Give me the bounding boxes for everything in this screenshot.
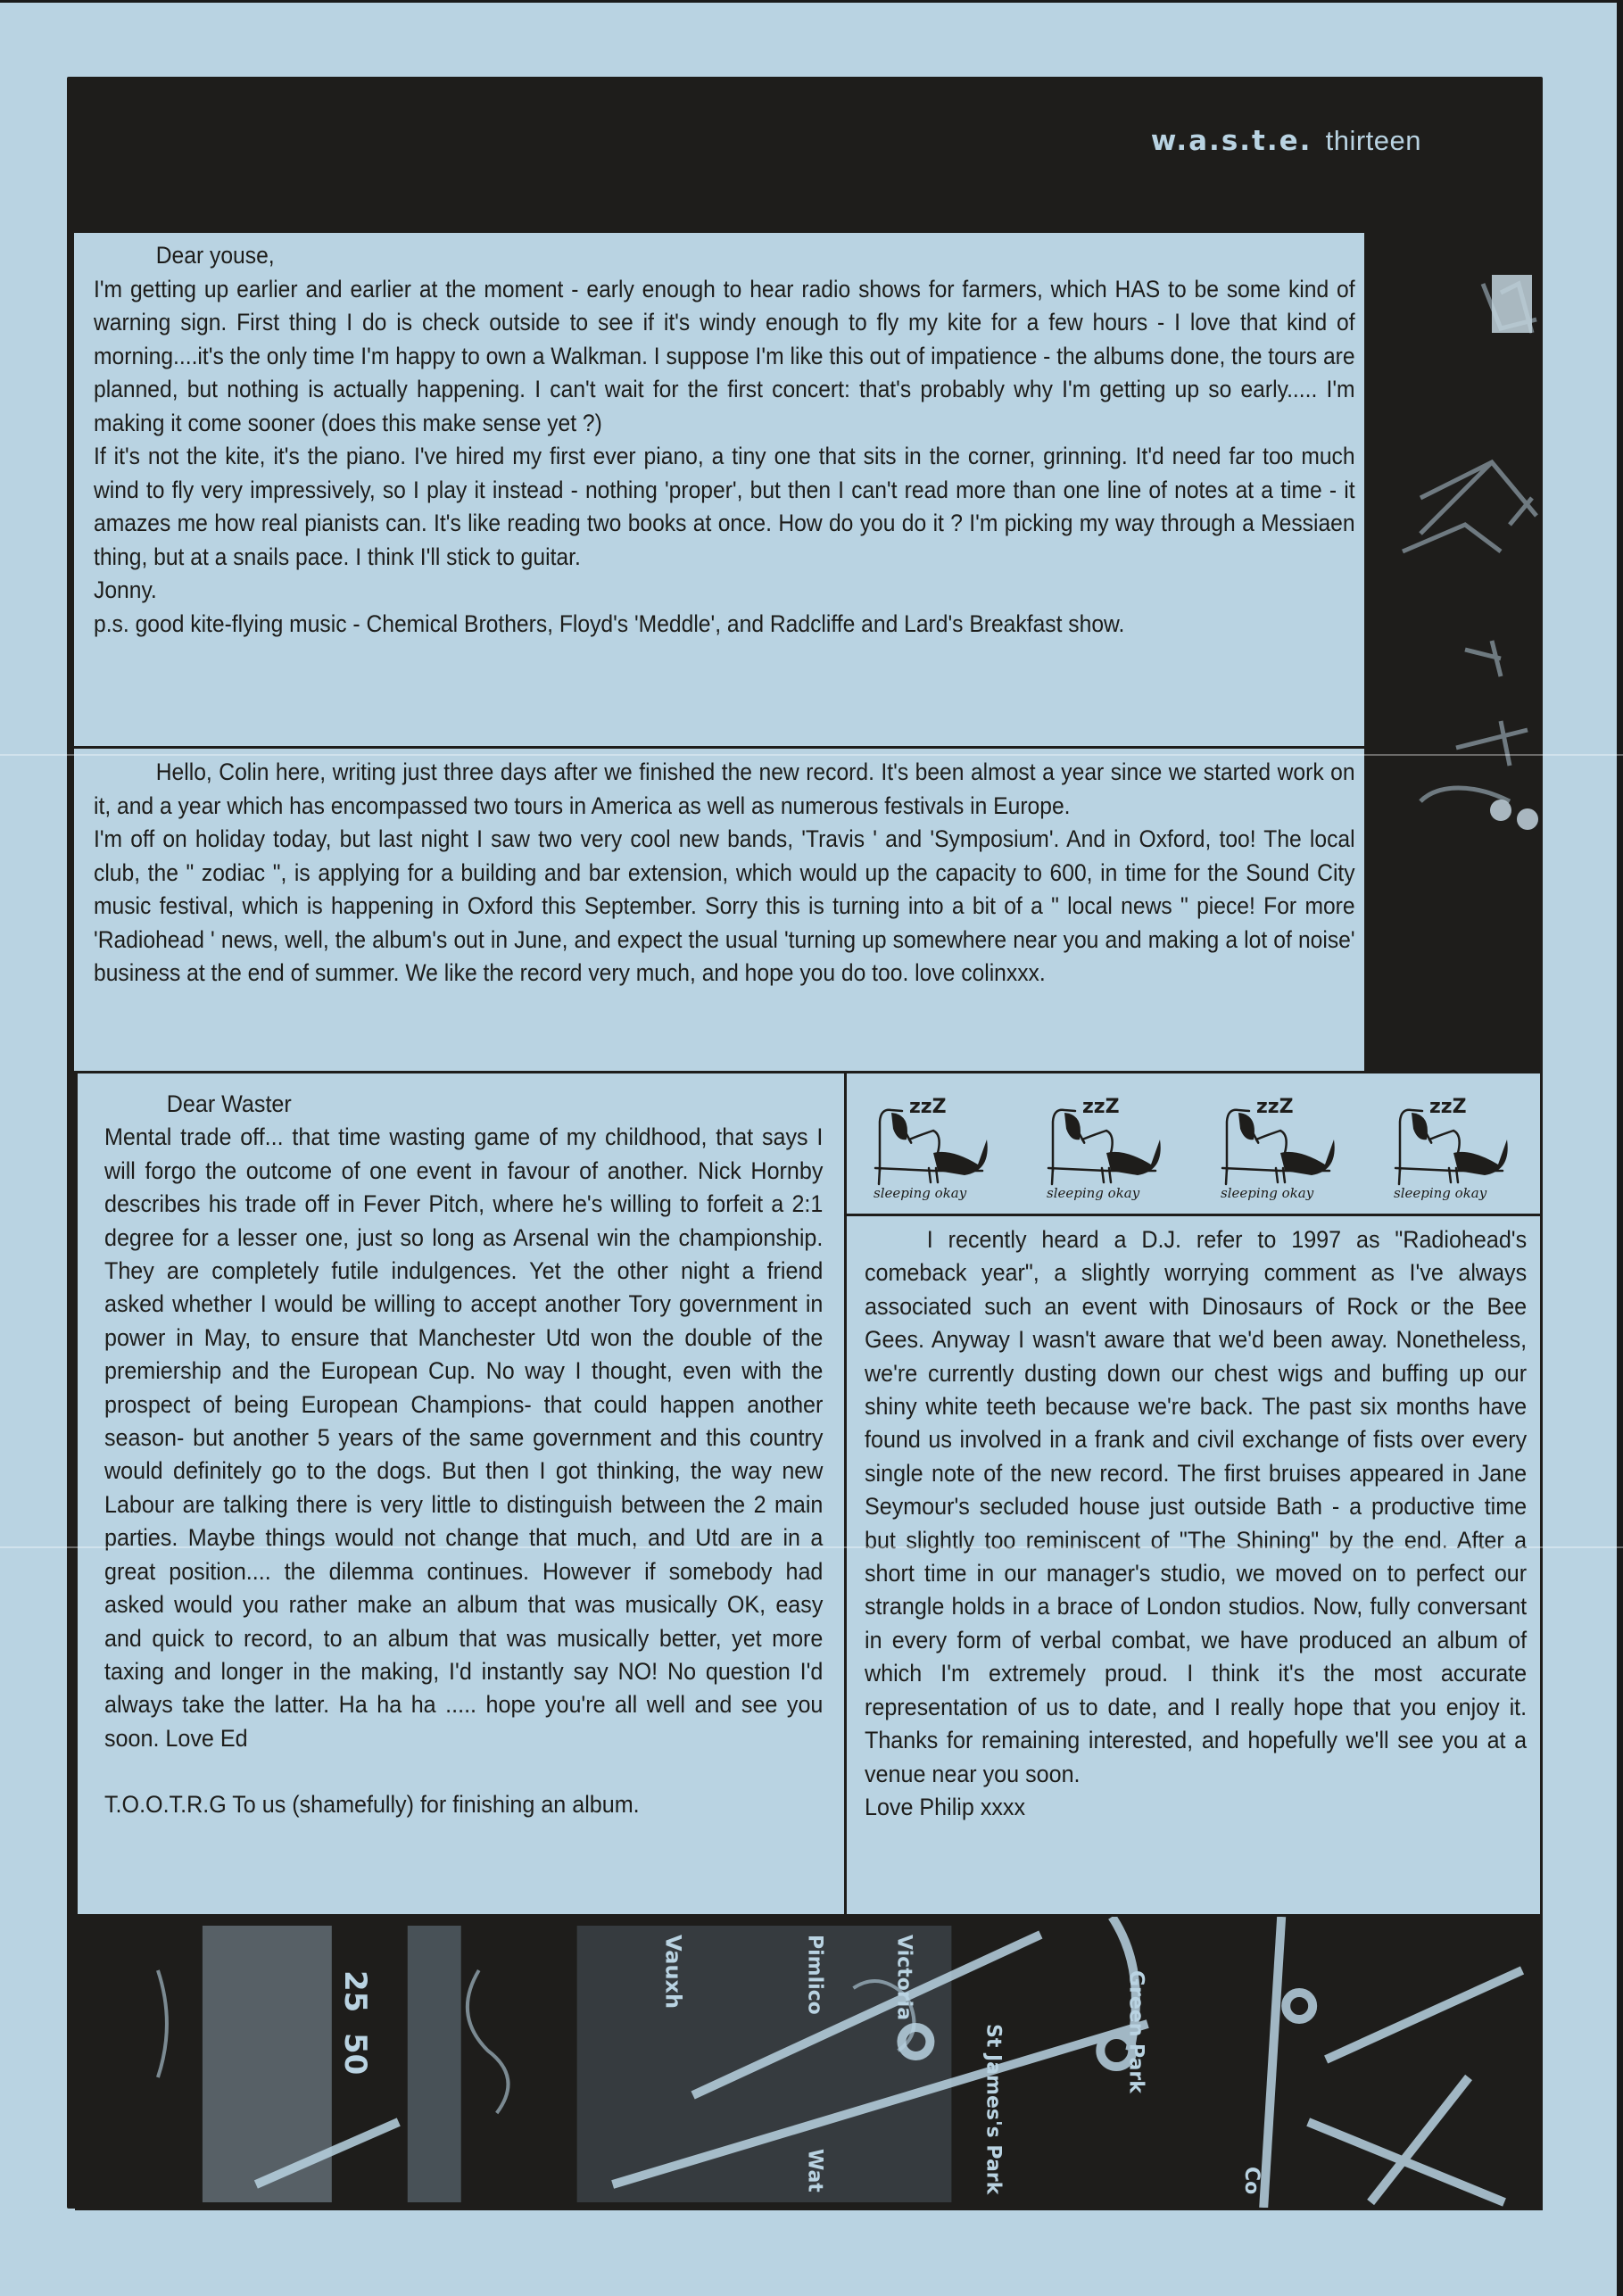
sleeper-illustration: zzZ sleeping okay xyxy=(866,1086,1000,1202)
bottom-collage-image: 25 50 Vauxh Wat Green Park St James's Pa… xyxy=(75,1914,1543,2210)
sleeper-illustration-strip: zzZ sleeping okay zzZ sleeping okay xyxy=(844,1071,1543,1216)
masthead-issue: thirteen xyxy=(1326,125,1421,156)
svg-text:zzZ: zzZ xyxy=(909,1096,947,1118)
svg-text:Co: Co xyxy=(1240,2167,1263,2194)
paper-fold-line xyxy=(0,754,1623,756)
svg-text:Wat: Wat xyxy=(804,2149,826,2192)
sleeping-figure-icon: zzZ sleeping okay xyxy=(1213,1086,1347,1202)
svg-text:zzZ: zzZ xyxy=(1256,1096,1294,1118)
jonny-paragraph-1: I'm getting up earlier and earlier at th… xyxy=(94,273,1355,441)
sleeper-illustration: zzZ sleeping okay xyxy=(1387,1086,1520,1202)
svg-text:Green Park: Green Park xyxy=(1124,1970,1147,2094)
paper-top-edge xyxy=(0,0,1623,3)
svg-text:St James's Park: St James's Park xyxy=(981,2024,1004,2196)
jonny-salutation: Dear youse, xyxy=(94,239,1355,273)
side-art-graphic xyxy=(1367,230,1540,1073)
svg-text:sleeping okay: sleeping okay xyxy=(1394,1185,1487,1201)
jonny-signoff: Jonny. xyxy=(94,574,1355,608)
colin-paragraph-2: I'm off on holiday today, but last night… xyxy=(94,823,1355,991)
colin-paragraph-1: Hello, Colin here, writing just three da… xyxy=(94,756,1355,823)
letter-ed: Dear Waster Mental trade off... that tim… xyxy=(75,1071,847,1917)
masthead-brand: w.a.s.t.e. xyxy=(1151,125,1312,157)
ed-salutation: Dear Waster xyxy=(104,1088,823,1121)
paper-fold-line xyxy=(0,1546,1623,1548)
tube-map-collage-graphic: 25 50 Vauxh Wat Green Park St James's Pa… xyxy=(78,1917,1540,2208)
jonny-postscript: p.s. good kite-flying music - Chemical B… xyxy=(94,608,1355,642)
ed-postscript: T.O.O.T.R.G To us (shamefully) for finis… xyxy=(104,1788,823,1821)
svg-text:zzZ: zzZ xyxy=(1429,1096,1467,1118)
masthead: w.a.s.t.e. thirteen xyxy=(1151,125,1421,157)
svg-text:Vauxh: Vauxh xyxy=(661,1935,686,2009)
letter-jonny: Dear youse, I'm getting up earlier and e… xyxy=(71,230,1367,749)
svg-text:25: 25 xyxy=(337,1970,373,2012)
sleeper-illustration: zzZ sleeping okay xyxy=(1039,1086,1173,1202)
sleeping-figure-icon: zzZ sleeping okay xyxy=(1387,1086,1520,1202)
svg-text:sleeping okay: sleeping okay xyxy=(1221,1185,1314,1201)
letter-philip: I recently heard a D.J. refer to 1997 as… xyxy=(844,1214,1543,1917)
svg-text:zzZ: zzZ xyxy=(1082,1096,1120,1118)
svg-text:Pimlico: Pimlico xyxy=(804,1935,826,2015)
jonny-paragraph-2: If it's not the kite, it's the piano. I'… xyxy=(94,440,1355,574)
sleeping-figure-icon: zzZ sleeping okay xyxy=(1039,1086,1173,1202)
philip-signoff: Love Philip xxxx xyxy=(865,1791,1527,1824)
philip-body: I recently heard a D.J. refer to 1997 as… xyxy=(865,1223,1527,1791)
ed-body: Mental trade off... that time wasting ga… xyxy=(104,1121,823,1755)
sleeping-figure-icon: zzZ sleeping okay xyxy=(866,1086,1000,1202)
sleeper-illustration: zzZ sleeping okay xyxy=(1213,1086,1347,1202)
letter-colin: Hello, Colin here, writing just three da… xyxy=(71,746,1367,1073)
ed-spacer xyxy=(104,1755,823,1788)
svg-text:sleeping okay: sleeping okay xyxy=(874,1185,967,1201)
svg-text:50: 50 xyxy=(337,2033,373,2075)
side-photo-art xyxy=(1367,230,1540,1073)
paper-right-edge xyxy=(1617,0,1623,2296)
svg-text:sleeping okay: sleeping okay xyxy=(1047,1185,1140,1201)
